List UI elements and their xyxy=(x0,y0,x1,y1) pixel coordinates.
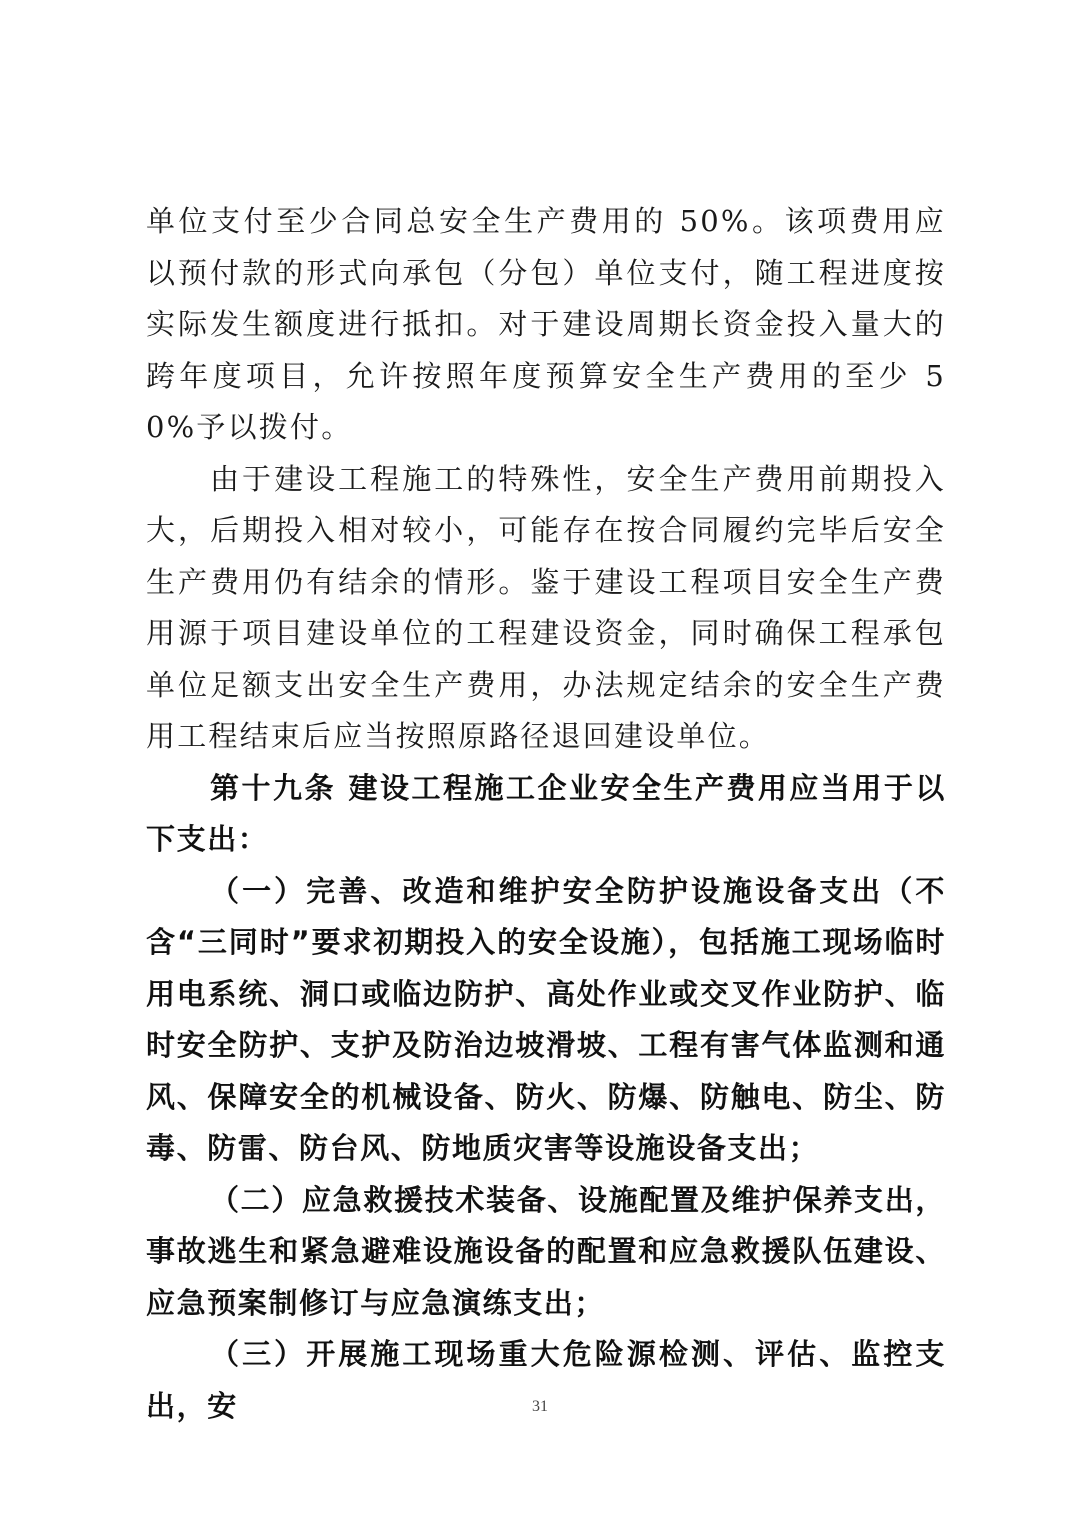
paragraph-item-2-emergency-rescue: （二）应急救援技术装备、设施配置及维护保养支出，事故逃生和紧急避难设施设备的配置… xyxy=(146,1175,946,1330)
page-number: 31 xyxy=(0,1398,1080,1416)
paragraph-article-19-heading: 第十九条 建设工程施工企业安全生产费用应当用于以下支出： xyxy=(146,763,946,866)
paragraph-item-1-safety-facilities: （一）完善、改造和维护安全防护设施设备支出（不含“三同时”要求初期投入的安全设施… xyxy=(146,866,946,1175)
paragraph-surplus-refund: 由于建设工程施工的特殊性，安全生产费用前期投入大，后期投入相对较小，可能存在按合… xyxy=(146,454,946,763)
document-body: 单位支付至少合同总安全生产费用的 50%。该项费用应以预付款的形式向承包（分包）… xyxy=(146,196,946,1432)
article-label: 第十九条 xyxy=(210,771,336,805)
paragraph-prepayment-rule: 单位支付至少合同总安全生产费用的 50%。该项费用应以预付款的形式向承包（分包）… xyxy=(146,196,946,454)
paragraph-item-3-hazard-monitoring: （三）开展施工现场重大危险源检测、评估、监控支出，安 xyxy=(146,1329,946,1432)
document-page: 单位支付至少合同总安全生产费用的 50%。该项费用应以预付款的形式向承包（分包）… xyxy=(0,0,1080,1527)
